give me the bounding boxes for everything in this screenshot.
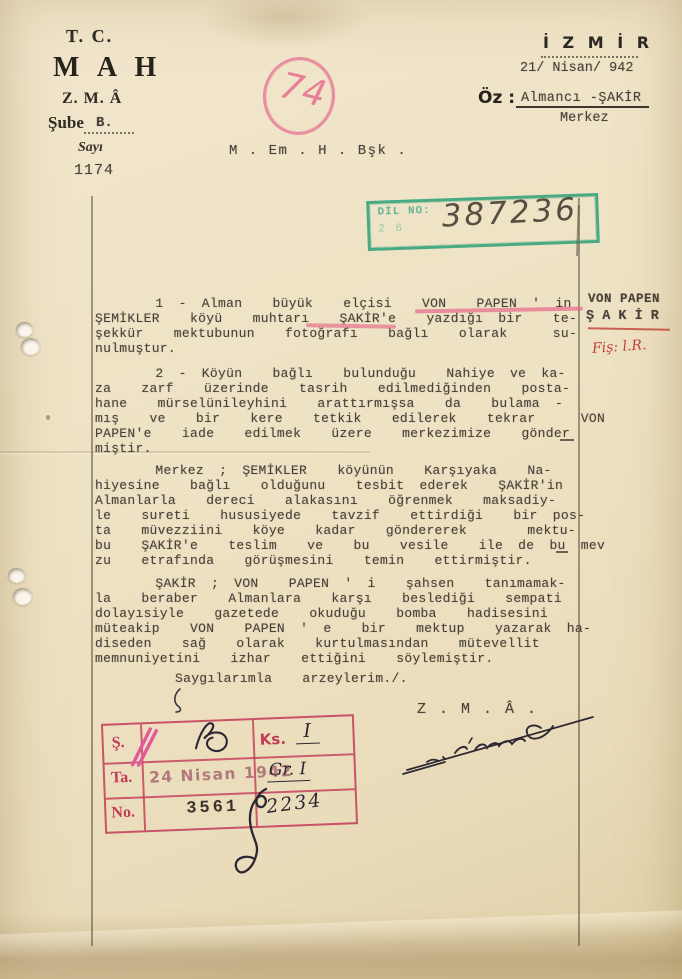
registry-number: 387236 <box>441 192 579 235</box>
body-line: 2 - Köyün bağlı bulunduğu Nahiye ve ka- <box>95 366 585 381</box>
body-line: la beraber Almanlara karşı beslediği sem… <box>95 591 585 606</box>
stamp-ks-value: I <box>295 720 319 745</box>
bottom-crease-band <box>0 912 682 979</box>
hand-initial-flourish <box>189 715 235 761</box>
body-line: bu ŞAKİR'e teslim ve bu vesile ile de bu… <box>95 538 585 553</box>
punch-hole <box>8 568 25 583</box>
fold-speck <box>46 415 50 420</box>
closing-line: Saygılarımla arzeylerim./. <box>175 671 435 686</box>
subject-underline <box>516 106 649 108</box>
pink-check-mark <box>123 724 165 768</box>
date: 21/ Nisan/ 942 <box>520 61 633 76</box>
scanned-letter-page: T. C. M A H Z. M. Â Şube B. Sayı 1174 74… <box>0 0 682 979</box>
sube-label: Şube <box>48 113 84 133</box>
margin-note-hand: Fiş: l.R. <box>592 337 647 357</box>
margin-note-red-underline <box>588 327 670 330</box>
body-line: memnuniyetini izhar ettiğini söylemiştir… <box>95 651 585 666</box>
body-line: hane mürselünileyhini arattırmışsa da bu… <box>95 396 585 411</box>
subject-value: Almancı -ŞAKİR <box>521 91 641 106</box>
subject-line2: Merkez <box>560 111 609 126</box>
addressee: M . Em . H . Bşk . <box>229 143 407 159</box>
punch-hole <box>13 588 32 605</box>
body-line: Merkez ; ŞEMİKLER köyünün Karşıyaka Na- <box>95 463 585 478</box>
registry-stamp-line2: 2 6 <box>378 223 404 236</box>
subject-label: Öz : <box>478 88 515 108</box>
sayi-label: Sayı <box>78 140 103 156</box>
body-line: dolayısiyle gazetede okuduğu bomba hadis… <box>95 606 585 621</box>
body-line: PAPEN'e iade edilmek üzere merkezimize g… <box>95 426 585 441</box>
body-line: ŞAKİR ; VON PAPEN ' i şahsen tanımamak- <box>95 576 585 591</box>
sube-value: B. <box>96 115 113 131</box>
letterhead-unit: Z. M. Â <box>62 90 122 108</box>
body-line: müteakip VON PAPEN ' e bir mektup yazara… <box>95 621 585 636</box>
margin-note-line1: VON PAPEN <box>588 292 660 306</box>
body-line: ta müvezziini köye kadar göndererek mekt… <box>95 523 585 538</box>
stamp-row3-label: No. <box>111 804 135 823</box>
hand-flourish-descender <box>228 783 284 883</box>
letterhead-tc: T. C. <box>66 26 113 47</box>
letterhead-org: M A H <box>53 52 162 84</box>
registry-stamp-line1: DİL NO: <box>377 205 431 219</box>
city: İ Z M İ R <box>543 33 653 52</box>
left-margin-line <box>91 196 93 946</box>
top-crumple-crease <box>190 0 380 52</box>
handwritten-signature <box>393 706 598 778</box>
sayi-value: 1174 <box>74 162 114 179</box>
closing-hand-mark <box>170 686 186 714</box>
body-line: hiyesine bağlı olduğunu tesbit ederek ŞA… <box>95 478 585 493</box>
stamp-row2-label: Ta. <box>111 769 133 788</box>
punch-hole <box>16 322 33 337</box>
margin-note-line2: Ş A K İ R <box>586 309 659 324</box>
body-line: miştir. <box>95 441 585 456</box>
body-line: za zarf üzerinde tasrih edilmediğinden p… <box>95 381 585 396</box>
typed-underline <box>560 439 574 441</box>
typed-underline <box>556 551 568 553</box>
body-line: Almanlarla dereci alakasını öğrenmek mak… <box>95 493 585 508</box>
registry-stamp-box: DİL NO: 2 6 387236 <box>366 193 600 251</box>
body-line: şekkür mektubunun fotoğrafı bağlı olarak… <box>95 326 585 341</box>
body-line: nulmuştur. <box>95 341 585 356</box>
stamp-ks-label: Ks. <box>259 730 286 749</box>
body-line: zu etrafında görüşmesini temin ettirmişt… <box>95 553 585 568</box>
body-line: le sureti hususiyede tavzif ettirdiği bi… <box>95 508 585 523</box>
body-line: mış ve bir kere tetkik edilerek tekrar V… <box>95 411 585 426</box>
punch-hole <box>21 338 40 355</box>
body-line: diseden sağ olarak kurtulmasından müteve… <box>95 636 585 651</box>
stamp-gr-value: Gr. I <box>267 759 311 783</box>
bottom-crease-highlight <box>0 909 682 959</box>
